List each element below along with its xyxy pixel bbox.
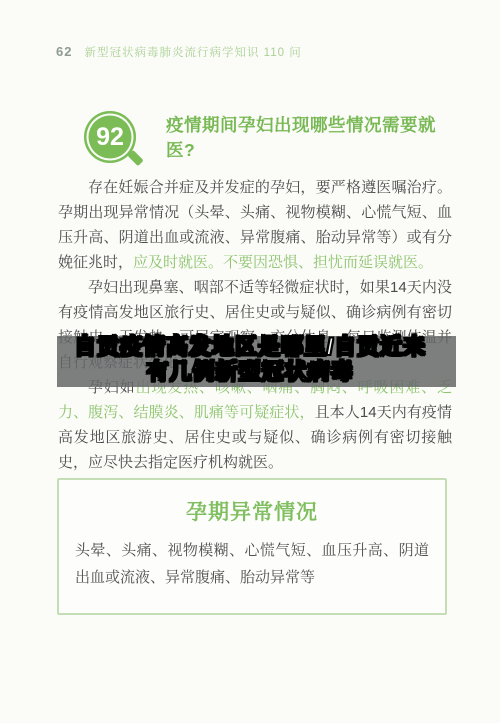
question-number: 92 [96,123,124,152]
question-title: 疫情期间孕妇出现哪些情况需要就医? [166,112,450,162]
overlay-caption-line1: 自贡疫情高发地区是哪里/自贡近来 [0,334,500,359]
answer-text: 存在妊娠合并症及并发症的孕妇，要严格遵医嘱治疗。孕期出现异常情况（头晕、头痛、视… [58,175,452,475]
running-head: 62 新型冠状病毒肺炎流行病学知识 110 问 [56,44,302,60]
question-number-magnifier-icon: 92 [84,111,136,163]
book-title: 新型冠状病毒肺炎流行病学知识 110 问 [84,44,301,60]
paragraph-1: 存在妊娠合并症及并发症的孕妇，要严格遵医嘱治疗。孕期出现异常情况（头晕、头痛、视… [58,175,452,275]
paragraph-3: 孕妇如出现发热、咳嗽、咽痛、胸闷、呼吸困难、乏力、腹泻、结膜炎、肌痛等可疑症状，… [58,375,452,475]
magnifier-handle-icon [127,150,143,166]
abnormal-conditions-box: 孕期异常情况 头晕、头痛、视物模糊、心慌气短、血压升高、阴道出血或流液、异常腹痛… [57,478,447,615]
overlay-caption-line2: 有几例新型冠状病毒 [0,359,500,384]
question-header: 92 疫情期间孕妇出现哪些情况需要就医? [84,111,450,163]
page-number: 62 [56,44,72,59]
book-page: 62 新型冠状病毒肺炎流行病学知识 110 问 92 疫情期间孕妇出现哪些情况需… [0,0,500,723]
info-box-body: 头晕、头痛、视物模糊、心慌气短、血压升高、阴道出血或流液、异常腹痛、胎动异常等 [75,537,429,591]
overlay-caption: 自贡疫情高发地区是哪里/自贡近来 有几例新型冠状病毒 [0,334,500,384]
paragraph-1-emphasis: 应及时就医。不要因恐惧、担忧而延误就医。 [133,254,433,271]
info-box-title: 孕期异常情况 [59,496,445,526]
